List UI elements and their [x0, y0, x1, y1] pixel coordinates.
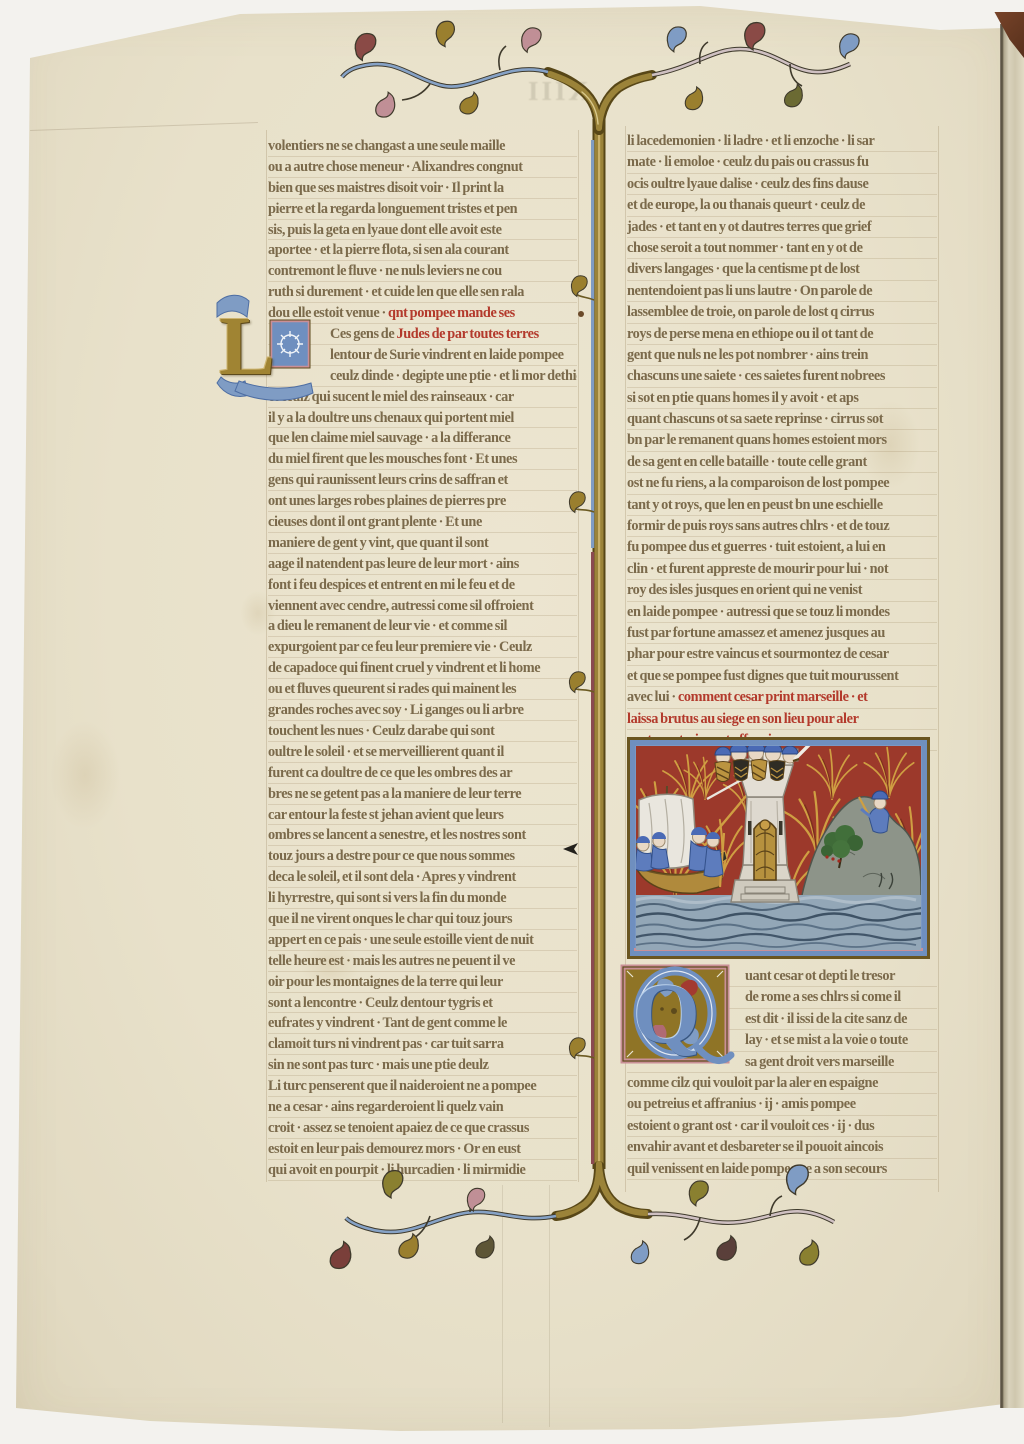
text-line: du miel firent que les mousches font · E…	[268, 449, 577, 470]
body-text: estoient o grant ost · car il vouloit ce…	[627, 1118, 874, 1134]
miniature-siege-of-marseille	[627, 737, 930, 959]
text-line: fu pompee dus et guerres · tuit estoient…	[627, 537, 937, 558]
body-text: envahir avant et desbareter se il pouoit…	[627, 1139, 883, 1155]
body-text: fu pompee dus et guerres · tuit estoient…	[627, 539, 885, 555]
text-line: avec lui · comment cesar print marseille…	[627, 687, 937, 708]
body-text: font i feu despices et entrent en mi le …	[268, 577, 515, 593]
body-text: bn par le remanent quans homes estoient …	[627, 432, 887, 448]
body-text: li hyrrestre, qui sont si vers la fin du…	[268, 890, 506, 906]
body-text: uant cesar ot depti le tresor	[745, 968, 895, 984]
text-line: aportee · et la pierre flota, si sen ala…	[268, 240, 577, 261]
body-text: quant chascuns ot sa saete reprinse · ci…	[627, 411, 883, 427]
body-text: divers langages · que la centisme pt de …	[627, 261, 860, 277]
initial-letter-q: Q	[633, 961, 700, 1065]
text-line: sin ne sont pas turc · mais une ptie deu…	[268, 1055, 577, 1076]
text-line: bres ne se getent pas a la maniere de le…	[268, 784, 577, 805]
body-text: sis, puis la geta en lyaue dont elle avo…	[268, 222, 502, 238]
sea-waves	[636, 895, 930, 950]
body-text: clamoit turs ni vindrent pas · car tuit …	[268, 1036, 504, 1052]
text-line: expurgoient par ce feu leur premiere vie…	[268, 637, 577, 658]
body-text: car entour la feste st jehan avient que …	[268, 807, 504, 823]
text-line: quant chascuns ot sa saete reprinse · ci…	[627, 409, 937, 430]
text-line: quil venissent en laide pompee ne a son …	[627, 1159, 937, 1180]
body-text: croit · assez se tenoient apaiez de ce q…	[268, 1120, 529, 1136]
parchment-fold-line	[502, 1185, 503, 1423]
body-text: estoit en leur pais demourez mors · Or e…	[268, 1141, 521, 1157]
body-text: li lacedemonien · li ladre · et li enzoc…	[627, 133, 875, 149]
text-line: grandes roches avec soy · Li ganges ou l…	[268, 700, 577, 721]
body-text: et de europe, la ou thanais queurt · ceu…	[627, 197, 865, 213]
text-line: ou petreius et affranius · ij · amis pom…	[627, 1094, 937, 1115]
text-line: que il ne virent onques le char qui touz…	[268, 909, 577, 930]
illuminated-initial-l: L	[215, 291, 317, 407]
text-line: li hyrrestre, qui sont si vers la fin du…	[268, 888, 577, 909]
body-text: cieuses dont il ont grant plente · Et un…	[268, 514, 482, 530]
text-line: font i feu despices et entrent en mi le …	[268, 575, 577, 596]
body-text: furent ca doultre de ce que les ombres d…	[268, 765, 512, 781]
text-line: si sot en ptie quans homes il y avoit · …	[627, 388, 937, 409]
body-text: lassemblee de troie, on parole de lost q…	[627, 304, 874, 320]
text-column-right-upper: li lacedemonien · li ladre · et li enzoc…	[627, 131, 937, 751]
text-line: oultre le soleil · et se merveillierent …	[268, 742, 577, 763]
text-line: touz jours a destre pour ce que nous som…	[268, 846, 577, 867]
text-line: phar pour estre vaincus et sourmontez de…	[627, 644, 937, 665]
illuminated-initial-q: Q	[619, 963, 735, 1073]
body-text: lay · et se mist a la voie o toute	[745, 1032, 908, 1048]
body-text: touz jours a destre pour ce que nous som…	[268, 848, 515, 864]
body-text: Ces gens de	[330, 326, 396, 342]
rubric-text: comment cesar print marseille · et	[678, 689, 868, 705]
text-line: ou a autre chose meneur · Alixandres con…	[268, 157, 577, 178]
text-line: divers langages · que la centisme pt de …	[627, 259, 937, 280]
column-ruling	[938, 126, 939, 1192]
body-text: nentendoient pas li uns lautre · On paro…	[627, 283, 872, 299]
body-text: deca le soleil, et il sont dela · Apres …	[268, 869, 516, 885]
text-line: gent que nuls ne les pot nombrer · ains …	[627, 345, 937, 366]
body-text: touchent les nues · Ceulz darabe qui son…	[268, 723, 494, 739]
text-line: nentendoient pas li uns lautre · On paro…	[627, 281, 937, 302]
body-text: il y a la doultre uns chenaux qui porten…	[268, 410, 514, 426]
text-line: laissa brutus au siege en son lieu pour …	[627, 709, 937, 730]
body-text: oultre le soleil · et se merveillierent …	[268, 744, 504, 760]
body-text: expurgoient par ce feu leur premiere vie…	[268, 639, 532, 655]
body-text: du miel firent que les mousches font · E…	[268, 451, 517, 467]
text-line: car entour la feste st jehan avient que …	[268, 805, 577, 826]
text-line: et de europe, la ou thanais queurt · ceu…	[627, 195, 937, 216]
rubric-text: qnt pompee mande ses	[388, 305, 515, 321]
text-line: fust par fortune amassez et amenez jusqu…	[627, 623, 937, 644]
body-text: sa gent droit vers marseille	[745, 1054, 894, 1070]
body-text: ost ne fu riens, a la comparoison de los…	[627, 475, 889, 491]
body-text: ombres se lancent a senestre, et les nos…	[268, 827, 526, 843]
text-line: contremont le fluve · ne nuls leviers ne…	[268, 261, 577, 282]
body-text: Li turc penserent que il naideroient ne …	[268, 1078, 536, 1094]
body-text: chascuns une saiete · ces saietes furent…	[627, 368, 885, 384]
text-line: lassemblee de troie, on parole de lost q…	[627, 302, 937, 323]
body-text: et que se pompee fust dignes que tuit mo…	[627, 668, 898, 684]
body-text: gens qui raunissent leurs crins de saffr…	[268, 472, 508, 488]
text-line: touchent les nues · Ceulz darabe qui son…	[268, 721, 577, 742]
body-text: sin ne sont pas turc · mais une ptie deu…	[268, 1057, 489, 1073]
text-line: de sa gent en celle bataille · toute cel…	[627, 452, 937, 473]
body-text: ceulz dinde · degipte une ptie · et li m…	[330, 368, 577, 384]
text-line: eufrates y vindrent · Tant de gent comme…	[268, 1013, 577, 1034]
text-line: en laide pompee · autressi que se touz l…	[627, 602, 937, 623]
body-text: en laide pompee · autressi que se touz l…	[627, 604, 890, 620]
arrow-slit-window	[779, 821, 783, 835]
body-text: comme cilz qui vouloit par la aler en es…	[627, 1075, 878, 1091]
rubric-text: Judes de par toutes terres	[396, 326, 538, 342]
body-text: eufrates y vindrent · Tant de gent comme…	[268, 1015, 507, 1031]
book-fore-edge	[1000, 24, 1024, 1408]
body-text: quil venissent en laide pompee ne a son …	[627, 1161, 887, 1177]
text-line: maniere de gent y vint, que quant il son…	[268, 533, 577, 554]
text-line: Li turc penserent que il naideroient ne …	[268, 1076, 577, 1097]
body-text: volentiers ne se changast a une seule ma…	[268, 138, 505, 154]
text-line: ocis oultre lyaue dalise · ceulz des fin…	[627, 174, 937, 195]
text-line: croit · assez se tenoient apaiez de ce q…	[268, 1118, 577, 1139]
text-line: ne a cesar · ains regarderoient li quelz…	[268, 1097, 577, 1118]
text-line: et que se pompee fust dignes que tuit mo…	[627, 666, 937, 687]
body-text: contremont le fluve · ne nuls leviers ne…	[268, 263, 502, 279]
text-line: viennent avec cendre, autressi come sil …	[268, 596, 577, 617]
text-line: jades · et tant en y ot dautres terres q…	[627, 217, 937, 238]
column-ruling	[578, 130, 579, 1182]
body-text: viennent avec cendre, autressi come sil …	[268, 598, 533, 614]
body-text: bres ne se getent pas a la maniere de le…	[268, 786, 521, 802]
text-line: sont a lencontre · Ceulz dentour tygris …	[268, 993, 577, 1014]
text-line: li lacedemonien · li ladre · et li enzoc…	[627, 131, 937, 152]
text-line: roys de perse mena en ethiope ou il ot t…	[627, 324, 937, 345]
body-text: est dit · il issi de la cite sanz de	[745, 1011, 907, 1027]
body-text: aage il natendent pas leure de leur mort…	[268, 556, 519, 572]
body-text: clin · et furent appreste de mourir pour…	[627, 561, 888, 577]
body-text: a dieu le remanent de leur vie · et comm…	[268, 618, 507, 634]
body-text: phar pour estre vaincus et sourmontez de…	[627, 646, 889, 662]
text-line: gens qui raunissent leurs crins de saffr…	[268, 470, 577, 491]
text-line: chascuns une saiete · ces saietes furent…	[627, 366, 937, 387]
body-text: pierre et la regarda longuement tristes …	[268, 201, 517, 217]
text-line: cieuses dont il ont grant plente · Et un…	[268, 512, 577, 533]
text-line: ost ne fu riens, a la comparoison de los…	[627, 473, 937, 494]
text-line: il y a la doultre uns chenaux qui porten…	[268, 408, 577, 429]
body-text: ou et fluves queurent si rades qui maine…	[268, 681, 516, 697]
text-line: roy des isles jusques en orient qui ne v…	[627, 580, 937, 601]
body-text: jades · et tant en y ot dautres terres q…	[627, 219, 871, 235]
text-line: telle heure est · mais les autres ne peu…	[268, 951, 577, 972]
body-text: ocis oultre lyaue dalise · ceulz des fin…	[627, 176, 868, 192]
parchment-fold-line	[549, 1185, 550, 1427]
text-line: formir de puis roys sans autres chlrs · …	[627, 516, 937, 537]
text-line: sis, puis la geta en lyaue dont elle avo…	[268, 220, 577, 241]
body-text: gent que nuls ne les pot nombrer · ains …	[627, 347, 868, 363]
text-line: que len claime miel sauvage · a la diffe…	[268, 428, 577, 449]
text-line: qui avoit en pourpit · li hurcadien · li…	[268, 1160, 577, 1181]
text-line: chose seroit a tout nommer · tant en y o…	[627, 238, 937, 259]
body-text: fust par fortune amassez et amenez jusqu…	[627, 625, 885, 641]
body-text: mate · li emoloe · ceulz du pais ou cras…	[627, 154, 869, 170]
text-line: estoient o grant ost · car il vouloit ce…	[627, 1116, 937, 1137]
body-text: sont a lencontre · Ceulz dentour tygris …	[268, 995, 493, 1011]
body-text: telle heure est · mais les autres ne peu…	[268, 953, 515, 969]
text-line: ou et fluves queurent si rades qui maine…	[268, 679, 577, 700]
body-text: appert en ce pais · une seule estoille v…	[268, 932, 533, 948]
text-line: mate · li emoloe · ceulz du pais ou cras…	[627, 152, 937, 173]
body-text: qui avoit en pourpit · li hurcadien · li…	[268, 1162, 526, 1178]
body-text: avec lui ·	[627, 689, 678, 705]
body-text: de rome a ses chlrs si come il	[745, 989, 901, 1005]
body-text: si sot en ptie quans homes il y avoit · …	[627, 390, 859, 406]
body-text: ou petreius et affranius · ij · amis pom…	[627, 1096, 856, 1112]
body-text: bien que ses maistres disoit voir · Il p…	[268, 180, 504, 196]
gold-door	[754, 820, 776, 880]
text-line: furent ca doultre de ce que les ombres d…	[268, 763, 577, 784]
body-text: roy des isles jusques en orient qui ne v…	[627, 582, 862, 598]
parchment-stain	[50, 720, 120, 830]
text-line: volentiers ne se changast a une seule ma…	[268, 136, 577, 157]
text-line: clin · et furent appreste de mourir pour…	[627, 559, 937, 580]
folio-number-showthrough: XIII	[468, 76, 588, 107]
body-text: formir de puis roys sans autres chlrs · …	[627, 518, 889, 534]
text-line: pierre et la regarda longuement tristes …	[268, 199, 577, 220]
text-line: appert en ce pais · une seule estoille v…	[268, 930, 577, 951]
text-line: clamoit turs ni vindrent pas · car tuit …	[268, 1034, 577, 1055]
rubric-text: laissa brutus au siege en son lieu pour …	[627, 711, 859, 727]
arrow-slit-window	[748, 821, 752, 835]
body-text: roys de perse mena en ethiope ou il ot t…	[627, 326, 873, 342]
text-line: estoit en leur pais demourez mors · Or e…	[268, 1139, 577, 1160]
manuscript-photo: { "manuscript": { "description": "Illumi…	[0, 0, 1024, 1444]
column-ruling	[266, 130, 267, 1182]
text-line: ombres se lancent a senestre, et les nos…	[268, 825, 577, 846]
body-text: lentour de Surie vindrent en laide pompe…	[330, 347, 564, 363]
body-text: aportee · et la pierre flota, si sen ala…	[268, 242, 509, 258]
text-line: bn par le remanent quans homes estoient …	[627, 430, 937, 451]
initial-letter-l: L	[219, 295, 275, 399]
text-line: envahir avant et desbareter se il pouoit…	[627, 1137, 937, 1158]
text-line: bien que ses maistres disoit voir · Il p…	[268, 178, 577, 199]
body-text: tant y ot roys, que len en peust bn une …	[627, 497, 883, 513]
body-text: ont unes larges robes plaines de pierres…	[268, 493, 506, 509]
body-text: ou a autre chose meneur · Alixandres con…	[268, 159, 523, 175]
body-text: maniere de gent y vint, que quant il son…	[268, 535, 488, 551]
body-text: chose seroit a tout nommer · tant en y o…	[627, 240, 863, 256]
text-line: a dieu le remanent de leur vie · et comm…	[268, 616, 577, 637]
text-line: ont unes larges robes plaines de pierres…	[268, 491, 577, 512]
body-text: de capadoce qui finent cruel y vindrent …	[268, 660, 540, 676]
text-line: comme cilz qui vouloit par la aler en es…	[627, 1073, 937, 1094]
body-text: de sa gent en celle bataille · toute cel…	[627, 454, 867, 470]
body-text: que il ne virent onques le char qui touz…	[268, 911, 512, 927]
text-line: oir pour les montaignes de la terre qui …	[268, 972, 577, 993]
body-text: que len claime miel sauvage · a la diffe…	[268, 430, 510, 446]
text-line: tant y ot roys, que len en peust bn une …	[627, 495, 937, 516]
body-text: oir pour les montaignes de la terre qui …	[268, 974, 503, 990]
body-text: grandes roches avec soy · Li ganges ou l…	[268, 702, 524, 718]
text-line: deca le soleil, et il sont dela · Apres …	[268, 867, 577, 888]
text-line: aage il natendent pas leure de leur mort…	[268, 554, 577, 575]
body-text: ne a cesar · ains regarderoient li quelz…	[268, 1099, 503, 1115]
text-line: de capadoce qui finent cruel y vindrent …	[268, 658, 577, 679]
